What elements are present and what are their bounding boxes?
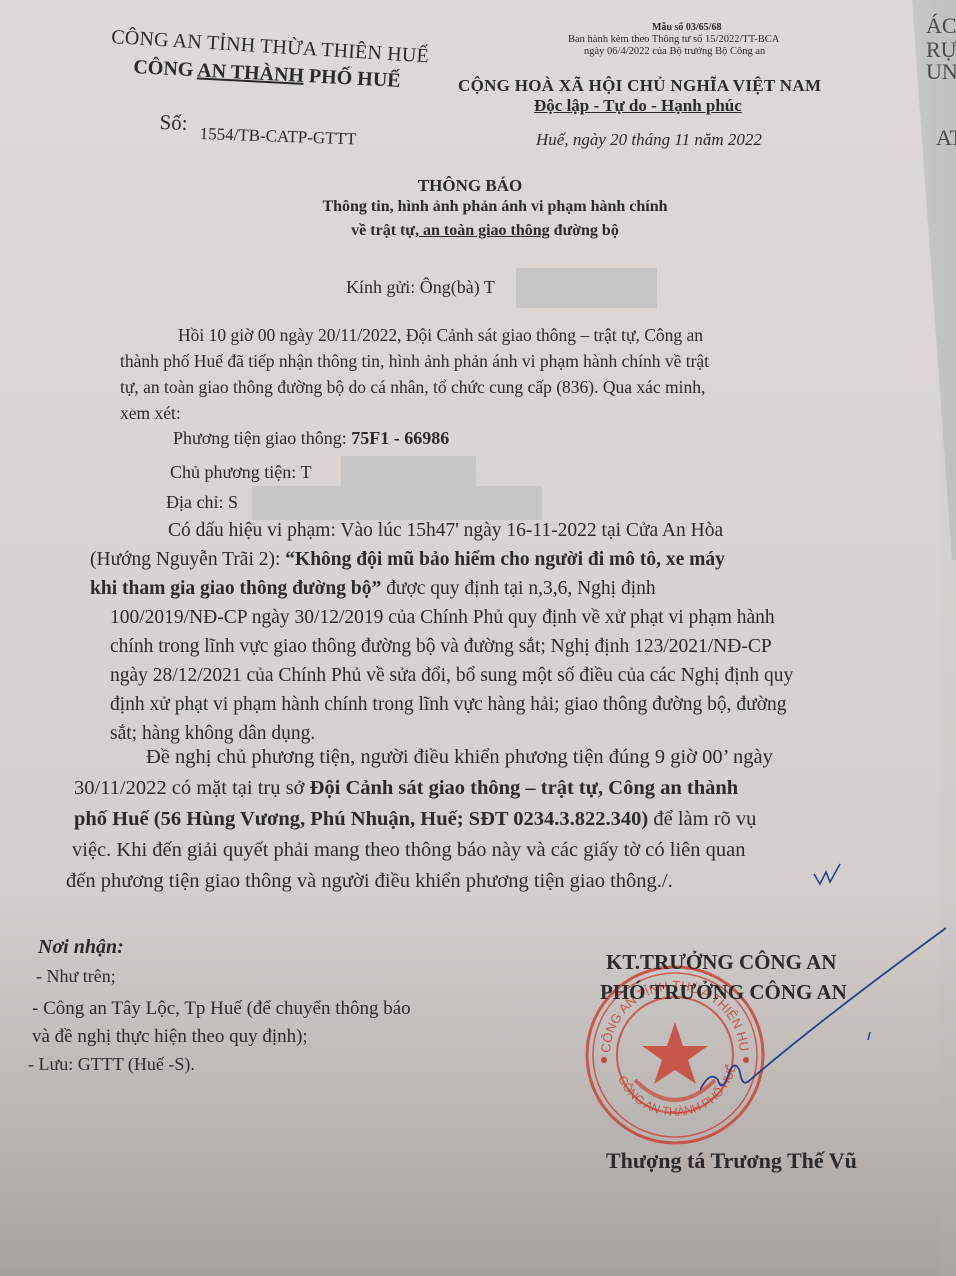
intro-line: thành phố Huế đã tiếp nhận thông tin, hì… — [120, 348, 940, 374]
document-subtitle: về trật tự, an toàn giao thông đường bộ — [0, 222, 940, 240]
intro-line: tự, an toàn giao thông đường bộ do cá nh… — [120, 374, 940, 400]
subtitle-part: , an toàn giao thông — [415, 222, 550, 239]
owner-field: Chủ phương tiện: T — [170, 462, 311, 483]
violation-text: (Hướng Nguyễn Trãi 2): — [90, 549, 285, 570]
violation-line: khi tham gia giao thông đường bộ” được q… — [48, 574, 928, 603]
violation-line: ngày 28/12/2021 của Chính Phủ về sửa đổi… — [48, 661, 928, 690]
vehicle-plate: 75F1 - 66986 — [351, 428, 449, 448]
national-motto: Độc lập - Tự do - Hạnh phúc — [534, 96, 742, 116]
request-line: phố Huế (56 Hùng Vương, Phú Nhuận, Huế; … — [44, 804, 944, 835]
side-text-fragment: UNG — [926, 60, 956, 84]
violation-line: chính trong lĩnh vực giao thông đường bộ… — [48, 632, 928, 661]
violation-paragraph: Có dấu hiệu vi phạm: Vào lúc 15h47' ngày… — [48, 516, 928, 748]
intro-paragraph: Hồi 10 giờ 00 ngày 20/11/2022, Đội Cảnh … — [120, 322, 940, 426]
intro-line: Hồi 10 giờ 00 ngày 20/11/2022, Đội Cảnh … — [120, 322, 940, 348]
form-code: Mẫu số 03/65/68 — [652, 22, 721, 33]
owner-name-prefix: T — [300, 462, 311, 482]
vehicle-field: Phương tiện giao thông: 75F1 - 66986 — [173, 428, 449, 449]
violation-line: định xử phạt vi phạm hành chính trong lĩ… — [48, 690, 928, 719]
violation-line: (Hướng Nguyễn Trãi 2): “Không đội mũ bảo… — [48, 545, 928, 574]
document-title: THÔNG BÁO — [0, 176, 940, 196]
vehicle-label: Phương tiện giao thông: — [173, 428, 347, 448]
recipient-item: - Lưu: GTTT (Huế -S). — [28, 1054, 195, 1075]
handwritten-signature-icon — [700, 920, 956, 1120]
side-text-fragment: ATI — [936, 126, 956, 150]
agency-name-part: AN THÀNH — [197, 59, 305, 87]
side-text-fragment: ÁC — [926, 14, 956, 38]
recipient-line: Kính gửi: Ông(bà) T — [346, 277, 495, 298]
violation-line: Có dấu hiệu vi phạm: Vào lúc 15h47' ngày… — [48, 516, 928, 545]
recipient-name-prefix: T — [484, 277, 495, 297]
subtitle-part: đường bộ — [550, 222, 619, 239]
request-line: đến phương tiện giao thông và người điều… — [44, 866, 944, 897]
form-issued-by: Ban hành kèm theo Thông tư số 15/2022/TT… — [568, 34, 779, 45]
recipient-item: - Công an Tây Lộc, Tp Huế (để chuyển thô… — [32, 998, 411, 1020]
place-date: Huế, ngày 20 tháng 11 năm 2022 — [536, 130, 762, 150]
agency-name-part: PHỐ HUẾ — [303, 65, 401, 92]
agency-name-part: CÔNG — [133, 56, 198, 81]
violation-line: 100/2019/NĐ-CP ngày 30/12/2019 của Chính… — [48, 603, 928, 632]
subtitle-part: về trật tự — [351, 222, 415, 239]
recipient-item: và đề nghị thực hiện theo quy định); — [32, 1026, 308, 1048]
request-paragraph: Đề nghị chủ phương tiện, người điều khiể… — [44, 742, 944, 897]
violation-offense: “Không đội mũ bảo hiểm cho người đi mô t… — [285, 549, 725, 570]
nation-name: CỘNG HOÀ XÃ HỘI CHỦ NGHĨA VIỆT NAM — [458, 76, 821, 96]
redacted-address — [252, 486, 542, 520]
request-line: việc. Khi đến giải quyết phải mang theo … — [44, 835, 944, 866]
address-label: Địa chỉ: — [166, 492, 223, 512]
redacted-owner-name — [341, 456, 476, 490]
request-text: 30/11/2022 có mặt tại trụ sở — [74, 777, 310, 799]
request-line: Đề nghị chủ phương tiện, người điều khiể… — [44, 742, 944, 773]
request-text: để làm rõ vụ — [648, 808, 756, 830]
recipient-item: - Như trên; — [36, 966, 116, 987]
request-location: phố Huế (56 Hùng Vương, Phú Nhuận, Huế; … — [74, 808, 648, 830]
address-field: Địa chỉ: S — [166, 492, 238, 513]
form-issued-date: ngày 06/4/2022 của Bộ trưởng Bộ Công an — [584, 46, 765, 57]
signer-name: Thượng tá Trương Thế Vũ — [606, 1148, 857, 1174]
redacted-recipient-name — [516, 268, 657, 308]
doc-number-label: Số: — [159, 110, 188, 136]
request-line: 30/11/2022 có mặt tại trụ sở Đội Cảnh sá… — [44, 773, 944, 804]
request-location: Đội Cảnh sát giao thông – trật tự, Công … — [310, 777, 739, 799]
owner-label: Chủ phương tiện: — [170, 462, 296, 482]
intro-line: xem xét: — [120, 400, 940, 426]
ink-checkmark-icon — [812, 862, 842, 888]
recipients-title: Nơi nhận: — [38, 936, 124, 959]
violation-offense: khi tham gia giao thông đường bộ” — [90, 578, 381, 599]
address-prefix: S — [228, 492, 238, 512]
violation-text: được quy định tại n,3,6, Nghị định — [381, 578, 655, 599]
recipient-label: Kính gửi: Ông(bà) — [346, 277, 480, 297]
document-subtitle: Thông tin, hình ảnh phản ánh vi phạm hàn… — [0, 198, 940, 216]
